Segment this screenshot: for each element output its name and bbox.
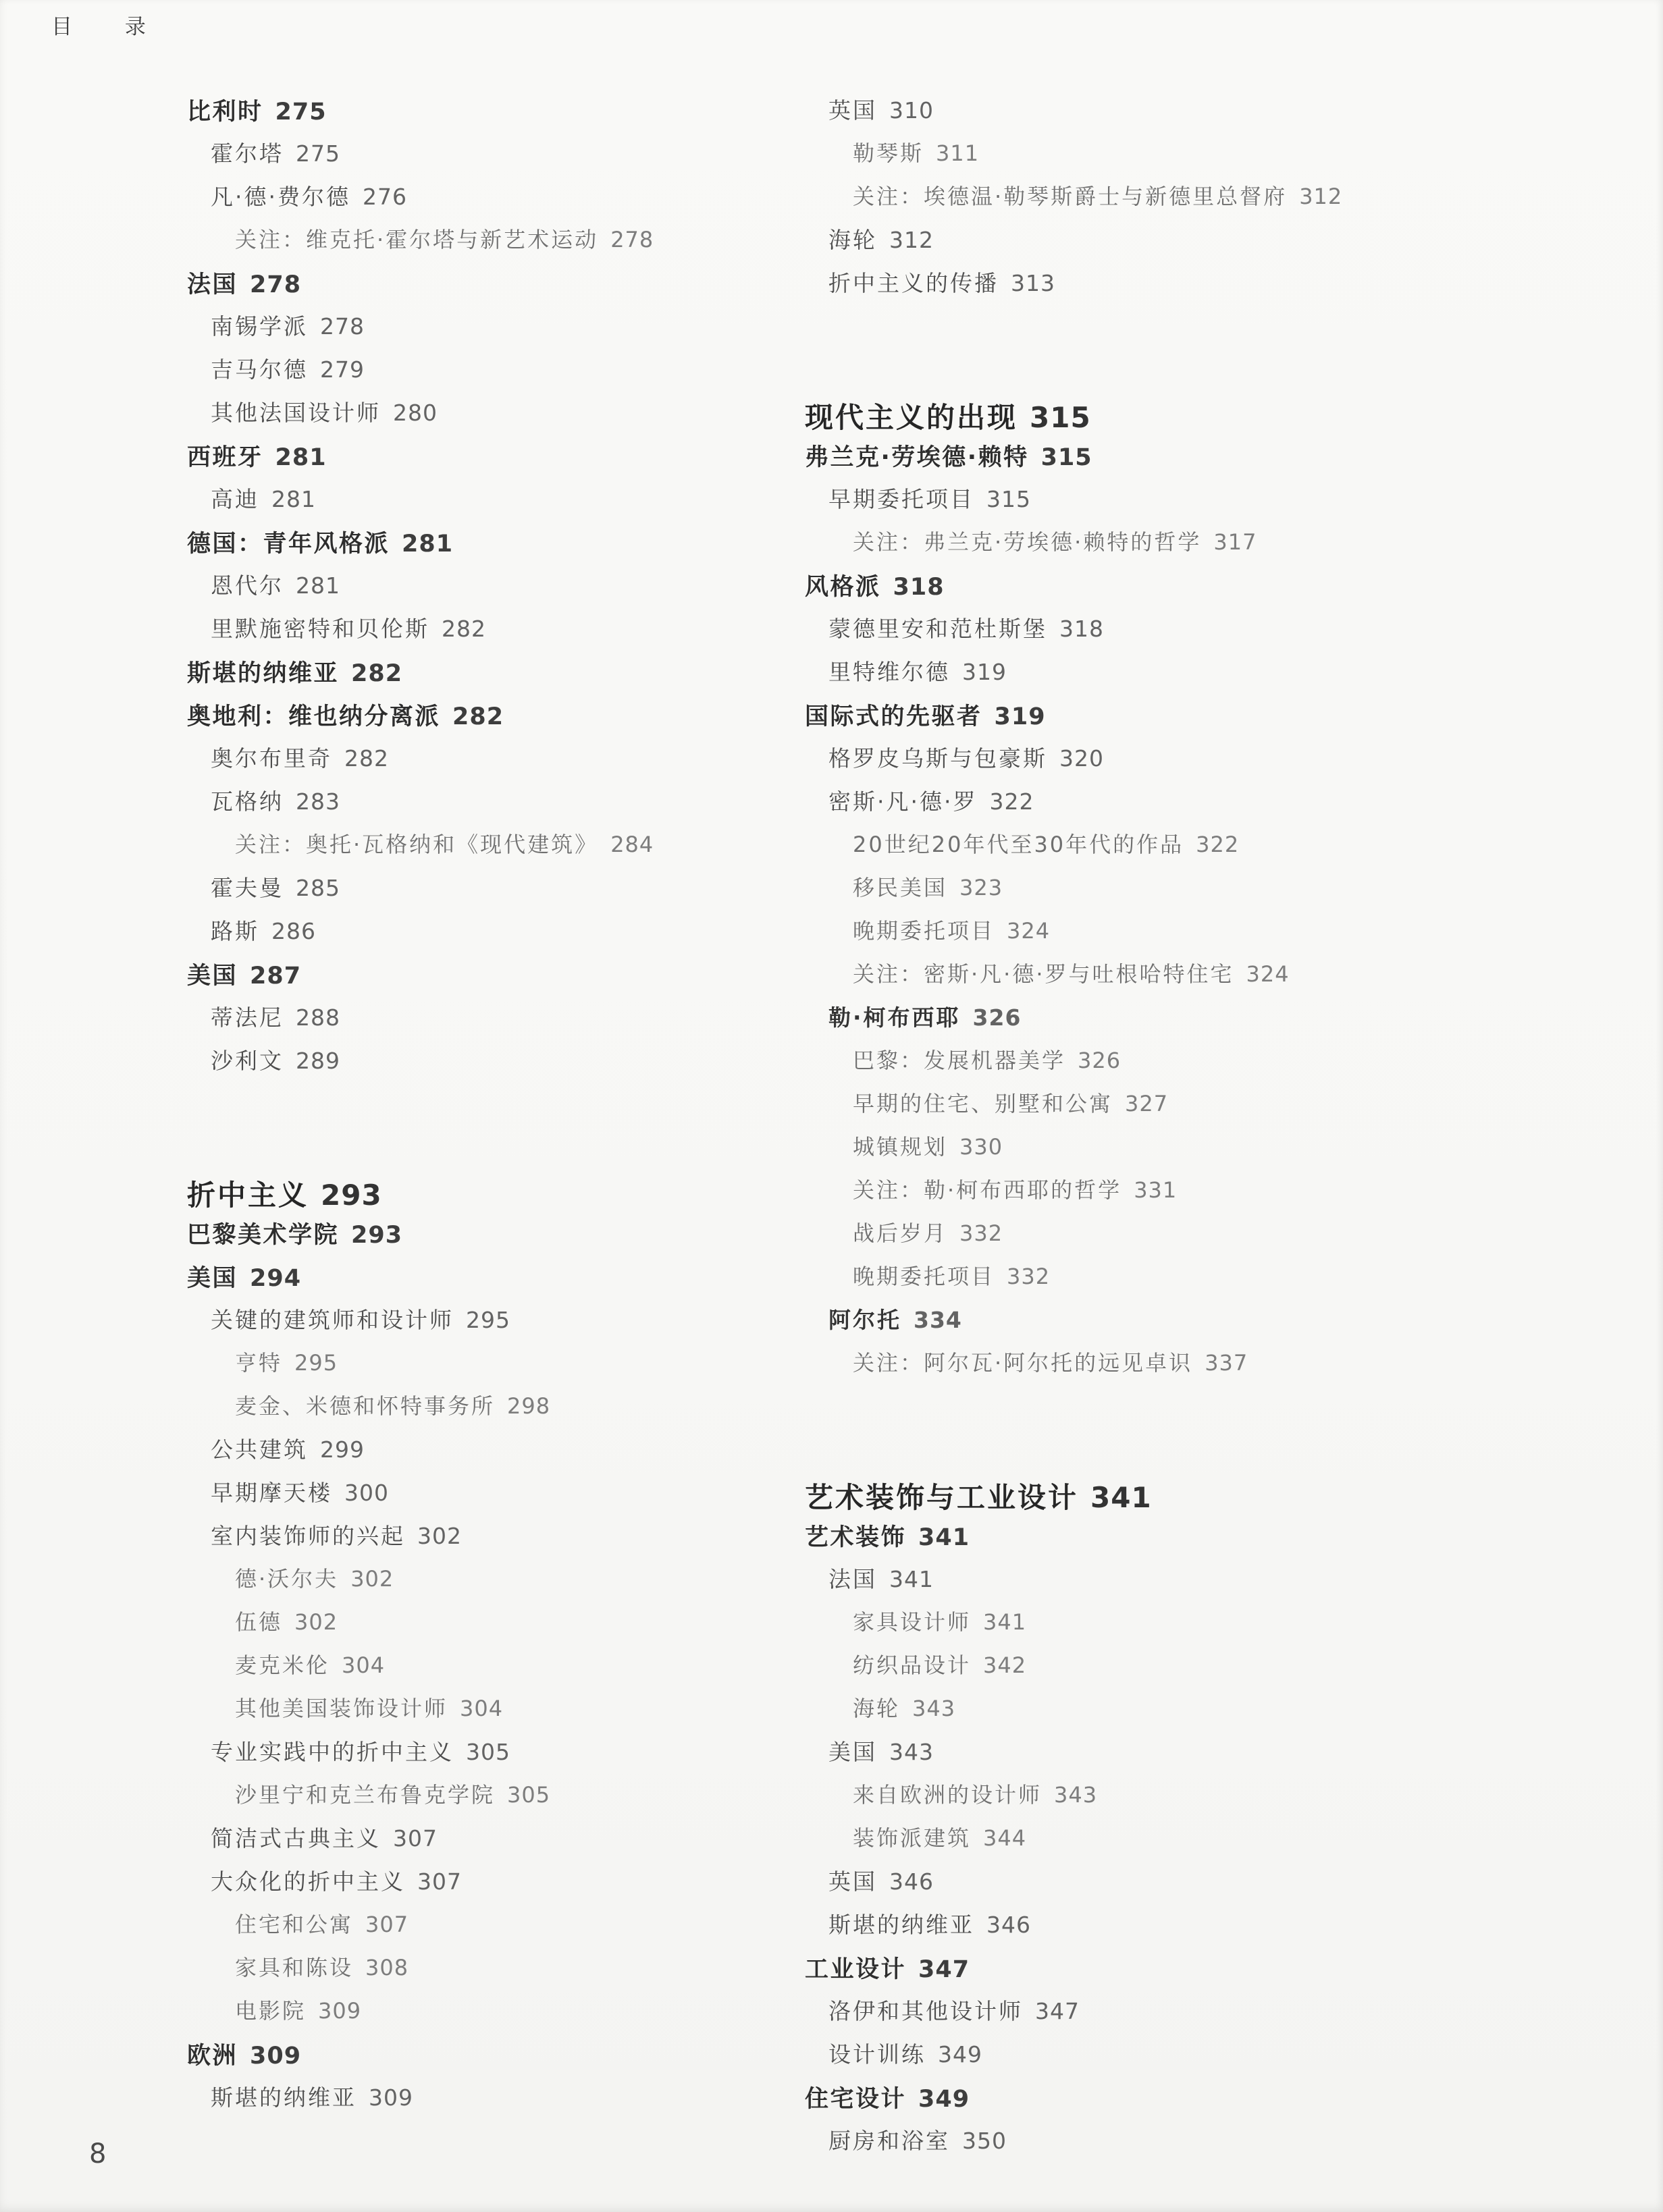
- toc-entry-page: 318: [1059, 616, 1104, 642]
- toc-entry-title: 勒·柯布西耶: [828, 1000, 961, 1032]
- toc-entry-page: 350: [962, 2128, 1007, 2154]
- toc-entry-title: 家具设计师: [853, 1605, 971, 1636]
- toc-entry: 海轮312: [805, 223, 1413, 266]
- toc-entry-title: 巴黎美术学院: [187, 1216, 339, 1250]
- toc-entry: 麦克米伦304: [187, 1648, 795, 1692]
- toc-entry-page: 281: [271, 486, 316, 512]
- toc-entry-page: 276: [363, 184, 407, 210]
- toc-entry: 斯堪的纳维亚309: [187, 2080, 795, 2124]
- toc-entry-title: 亨特: [235, 1346, 282, 1377]
- toc-entry: 移民美国323: [805, 871, 1413, 914]
- toc-entry-page: 278: [250, 271, 301, 298]
- toc-entry: 路斯286: [187, 914, 795, 957]
- toc-entry: 大众化的折中主义307: [187, 1864, 795, 1908]
- toc-entry-page: 332: [959, 1220, 1003, 1246]
- toc-entry-page: 275: [275, 99, 327, 126]
- toc-entry-title: 早期委托项目: [828, 482, 974, 514]
- toc-entry-title: 装饰派建筑: [853, 1821, 971, 1852]
- toc-entry-page: 282: [344, 745, 389, 772]
- toc-entry-page: 304: [342, 1652, 385, 1678]
- toc-entry-title: 艺术装饰与工业设计: [805, 1476, 1078, 1516]
- toc-entry-title: 其他法国设计师: [211, 396, 381, 427]
- toc-column-right: 英国310勒琴斯311关注：埃德温·勒琴斯爵士与新德里总督府312海轮312折中…: [805, 93, 1413, 2167]
- toc-entry-page: 309: [250, 2043, 301, 2070]
- toc-entry-title: 凡·德·费尔德: [211, 180, 350, 211]
- toc-entry-title: 晚期委托项目: [853, 1260, 995, 1291]
- toc-entry: 简洁式古典主义307: [187, 1821, 795, 1864]
- toc-entry-title: 折中主义的传播: [828, 266, 999, 298]
- toc-entry: 格罗皮乌斯与包豪斯320: [805, 741, 1413, 784]
- toc-entry-title: 厨房和浴室: [828, 2124, 950, 2155]
- toc-entry-page: 318: [893, 574, 945, 601]
- toc-entry-page: 312: [889, 227, 934, 253]
- toc-entry-title: 室内装饰师的兴起: [211, 1519, 405, 1550]
- toc-entry-title: 战后岁月: [853, 1216, 947, 1247]
- toc-entry-page: 334: [914, 1307, 962, 1333]
- toc-entry-title: 早期的住宅、别墅和公寓: [853, 1087, 1113, 1118]
- toc-entry-title: 关注：密斯·凡·德·罗与吐根哈特住宅: [853, 957, 1234, 988]
- toc-entry-page: 330: [959, 1134, 1003, 1160]
- toc-entry-title: 欧洲: [187, 2037, 238, 2071]
- toc-column-left: 比利时275霍尔塔275凡·德·费尔德276关注：维克托·霍尔塔与新艺术运动27…: [187, 93, 795, 2124]
- toc-entry-title: 里特维尔德: [828, 655, 950, 686]
- toc-entry-title: 瓦格纳: [211, 784, 284, 816]
- toc-entry-page: 278: [610, 227, 654, 252]
- toc-entry-page: 320: [1059, 745, 1104, 772]
- toc-entry: 亨特295: [187, 1346, 795, 1389]
- toc-entry-page: 284: [610, 832, 654, 857]
- toc-entry: 关注：阿尔瓦·阿尔托的远见卓识337: [805, 1346, 1413, 1389]
- toc-entry-page: 310: [889, 97, 934, 124]
- toc-entry-title: 美国: [187, 957, 238, 991]
- toc-entry-title: 比利时: [187, 93, 263, 127]
- toc-entry-page: 349: [918, 2086, 970, 2113]
- toc-entry-title: 海轮: [853, 1692, 900, 1723]
- toc-entry: 比利时275: [187, 93, 795, 136]
- toc-entry-page: 302: [350, 1566, 394, 1592]
- toc-entry-page: 285: [296, 875, 340, 901]
- toc-entry-page: 337: [1205, 1350, 1248, 1376]
- toc-entry: 美国287: [187, 957, 795, 1000]
- toc-entry-title: 斯堪的纳维亚: [187, 655, 339, 689]
- toc-entry: 霍夫曼285: [187, 871, 795, 914]
- toc-entry: 专业实践中的折中主义305: [187, 1735, 795, 1778]
- toc-entry: 室内装饰师的兴起302: [187, 1519, 795, 1562]
- toc-entry-title: 美国: [828, 1735, 877, 1766]
- toc-entry-title: 麦金、米德和怀特事务所: [235, 1389, 495, 1420]
- toc-entry-page: 319: [995, 703, 1046, 730]
- toc-entry-page: 302: [294, 1609, 338, 1635]
- toc-entry-title: 麦克米伦: [235, 1648, 329, 1679]
- toc-entry-page: 294: [250, 1265, 301, 1292]
- toc-entry: 关注：弗兰克·劳埃德·赖特的哲学317: [805, 525, 1413, 568]
- toc-entry: 现代主义的出现315: [805, 396, 1413, 439]
- toc-entry-title: 奥地利：维也纳分离派: [187, 698, 440, 732]
- toc-entry-page: 282: [351, 660, 402, 687]
- toc-entry-page: 282: [442, 616, 486, 642]
- toc-entry-title: 专业实践中的折中主义: [211, 1735, 454, 1766]
- toc-entry-title: 法国: [828, 1562, 877, 1594]
- toc-entry-title: 简洁式古典主义: [211, 1821, 381, 1853]
- toc-entry: 风格派318: [805, 568, 1413, 612]
- toc-entry-page: 286: [271, 918, 316, 944]
- toc-entry-page: 349: [938, 2041, 982, 2068]
- toc-entry: 英国310: [805, 93, 1413, 136]
- toc-entry-page: 311: [936, 140, 979, 166]
- toc-entry: 斯堪的纳维亚282: [187, 655, 795, 698]
- toc-entry-title: 恩代尔: [211, 568, 284, 600]
- toc-entry: 艺术装饰与工业设计341: [805, 1476, 1413, 1519]
- toc-entry-page: 287: [250, 963, 301, 990]
- toc-entry-page: 343: [1054, 1782, 1097, 1808]
- toc-entry: 美国343: [805, 1735, 1413, 1778]
- toc-entry: 奥尔布里奇282: [187, 741, 795, 784]
- toc-entry-title: 20世纪20年代至30年代的作品: [853, 828, 1184, 859]
- toc-entry-page: 326: [973, 1004, 1022, 1031]
- toc-entry: 公共建筑299: [187, 1432, 795, 1476]
- toc-entry: 法国278: [187, 266, 795, 309]
- toc-entry-page: 322: [989, 788, 1034, 815]
- toc-entry-title: 美国: [187, 1260, 238, 1293]
- toc-entry-title: 工业设计: [805, 1951, 906, 1985]
- toc-entry-page: 299: [320, 1436, 365, 1463]
- toc-entry-title: 关键的建筑师和设计师: [211, 1303, 454, 1334]
- toc-entry-title: 洛伊和其他设计师: [828, 1994, 1023, 2026]
- toc-entry-title: 城镇规划: [853, 1130, 947, 1161]
- toc-entry-page: 293: [351, 1222, 402, 1249]
- toc-entry-page: 344: [983, 1825, 1026, 1851]
- toc-entry: 德·沃尔夫302: [187, 1562, 795, 1605]
- toc-entry: 弗兰克·劳埃德·赖特315: [805, 439, 1413, 482]
- toc-entry: 折中主义的传播313: [805, 266, 1413, 309]
- toc-entry: 其他法国设计师280: [187, 396, 795, 439]
- toc-entry-title: 移民美国: [853, 871, 947, 902]
- toc-entry-title: 电影院: [235, 1994, 306, 2025]
- toc-entry: 里默施密特和贝伦斯282: [187, 612, 795, 655]
- toc-entry-title: 设计训练: [828, 2037, 926, 2069]
- toc-entry-title: 霍尔塔: [211, 136, 284, 168]
- toc-entry: 西班牙281: [187, 439, 795, 482]
- toc-entry: 其他美国装饰设计师304: [187, 1692, 795, 1735]
- toc-entry: 阿尔托334: [805, 1303, 1413, 1346]
- toc-entry: 高迪281: [187, 482, 795, 525]
- toc-entry-title: 吉马尔德: [211, 352, 308, 384]
- toc-entry-title: 斯堪的纳维亚: [828, 1908, 974, 1939]
- toc-entry: 沙里宁和克兰布鲁克学院305: [187, 1778, 795, 1821]
- toc-entry: 麦金、米德和怀特事务所298: [187, 1389, 795, 1432]
- toc-entry-title: 高迪: [211, 482, 259, 514]
- toc-entry-title: 德·沃尔夫: [235, 1562, 338, 1593]
- toc-entry: 海轮343: [805, 1692, 1413, 1735]
- toc-entry: 沙利文289: [187, 1044, 795, 1087]
- toc-entry-page: 305: [507, 1782, 550, 1808]
- toc-entry: 吉马尔德279: [187, 352, 795, 396]
- toc-entry: 关注：密斯·凡·德·罗与吐根哈特住宅324: [805, 957, 1413, 1000]
- toc-entry-page: 307: [365, 1912, 408, 1937]
- toc-entry: 蒙德里安和范杜斯堡318: [805, 612, 1413, 655]
- toc-entry-page: 309: [318, 1998, 361, 2024]
- toc-entry-title: 巴黎：发展机器美学: [853, 1044, 1065, 1075]
- toc-entry-title: 勒琴斯: [853, 136, 924, 167]
- toc-entry-page: 323: [959, 875, 1003, 900]
- toc-entry-title: 伍德: [235, 1605, 282, 1636]
- toc-entry-page: 317: [1213, 529, 1257, 555]
- toc-entry-page: 304: [460, 1696, 503, 1721]
- toc-entry: 厨房和浴室350: [805, 2124, 1413, 2167]
- toc-entry-title: 关注：埃德温·勒琴斯爵士与新德里总督府: [853, 180, 1287, 211]
- toc-entry-title: 现代主义的出现: [805, 396, 1018, 436]
- toc-entry-page: 319: [962, 659, 1007, 685]
- toc-entry-page: 288: [296, 1004, 340, 1031]
- toc-entry-title: 路斯: [211, 914, 259, 946]
- toc-entry-page: 313: [1011, 270, 1055, 296]
- toc-entry: 战后岁月332: [805, 1216, 1413, 1260]
- toc-entry-page: 275: [296, 140, 340, 167]
- toc-entry-title: 早期摩天楼: [211, 1476, 332, 1507]
- page-number: 8: [89, 2138, 106, 2169]
- toc-entry: 纺织品设计342: [805, 1648, 1413, 1692]
- toc-entry-title: 关注：阿尔瓦·阿尔托的远见卓识: [853, 1346, 1192, 1377]
- toc-entry-title: 法国: [187, 266, 238, 300]
- toc-entry-title: 密斯·凡·德·罗: [828, 784, 977, 816]
- toc-entry-page: 309: [369, 2084, 413, 2111]
- toc-entry-page: 341: [983, 1609, 1026, 1635]
- toc-entry: 晚期委托项目324: [805, 914, 1413, 957]
- toc-entry: 早期摩天楼300: [187, 1476, 795, 1519]
- toc-entry-page: 315: [986, 486, 1031, 512]
- toc-entry-title: 公共建筑: [211, 1432, 308, 1464]
- toc-entry-page: 283: [296, 788, 340, 815]
- toc-entry: 蒂法尼288: [187, 1000, 795, 1044]
- toc-entry-page: 347: [918, 1956, 970, 1983]
- toc-entry: 英国346: [805, 1864, 1413, 1908]
- toc-entry-title: 南锡学派: [211, 309, 308, 341]
- toc-entry: 凡·德·费尔德276: [187, 180, 795, 223]
- toc-entry: 电影院309: [187, 1994, 795, 2037]
- toc-entry-title: 晚期委托项目: [853, 914, 995, 945]
- toc-entry-page: 281: [402, 531, 453, 558]
- toc-entry: 里特维尔德319: [805, 655, 1413, 698]
- toc-entry-page: 341: [1090, 1481, 1152, 1514]
- toc-entry: 设计训练349: [805, 2037, 1413, 2080]
- toc-entry: 来自欧洲的设计师343: [805, 1778, 1413, 1821]
- toc-entry-page: 331: [1134, 1177, 1177, 1203]
- toc-entry-title: 英国: [828, 93, 877, 125]
- toc-entry: 20世纪20年代至30年代的作品322: [805, 828, 1413, 871]
- toc-entry-title: 斯堪的纳维亚: [211, 2080, 357, 2112]
- toc-entry-title: 纺织品设计: [853, 1648, 971, 1679]
- toc-entry-page: 308: [365, 1955, 408, 1980]
- toc-entry-title: 阿尔托: [828, 1303, 901, 1334]
- toc-entry: 家具设计师341: [805, 1605, 1413, 1648]
- toc-entry: 瓦格纳283: [187, 784, 795, 828]
- toc-entry-title: 家具和陈设: [235, 1951, 353, 1982]
- toc-entry-page: 341: [918, 1524, 970, 1551]
- toc-entry-title: 蒂法尼: [211, 1000, 284, 1032]
- toc-entry-page: 278: [320, 313, 365, 340]
- toc-entry: 欧洲309: [187, 2037, 795, 2080]
- toc-entry-title: 折中主义: [187, 1173, 309, 1214]
- toc-entry-page: 293: [321, 1179, 382, 1212]
- toc-entry: 德国：青年风格派281: [187, 525, 795, 568]
- toc-entry: 勒琴斯311: [805, 136, 1413, 180]
- toc-entry: 奥地利：维也纳分离派282: [187, 698, 795, 741]
- toc-entry-page: 346: [986, 1912, 1031, 1938]
- toc-entry: 家具和陈设308: [187, 1951, 795, 1994]
- toc-entry-page: 295: [294, 1350, 338, 1376]
- toc-entry-title: 格罗皮乌斯与包豪斯: [828, 741, 1047, 773]
- toc-entry: 关注：奥托·瓦格纳和《现代建筑》284: [187, 828, 795, 871]
- toc-entry: 装饰派建筑344: [805, 1821, 1413, 1864]
- toc-entry-title: 弗兰克·劳埃德·赖特: [805, 439, 1029, 473]
- toc-entry-page: 324: [1246, 961, 1290, 987]
- toc-entry-title: 沙里宁和克兰布鲁克学院: [235, 1778, 495, 1809]
- toc-entry: 工业设计347: [805, 1951, 1413, 1994]
- toc-entry: 伍德302: [187, 1605, 795, 1648]
- toc-entry: 密斯·凡·德·罗322: [805, 784, 1413, 828]
- toc-entry-page: 343: [912, 1696, 955, 1721]
- toc-entry-page: 343: [889, 1739, 934, 1765]
- toc-entry-page: 295: [466, 1307, 510, 1333]
- toc-entry: 住宅设计349: [805, 2080, 1413, 2124]
- toc-entry: 勒·柯布西耶326: [805, 1000, 1413, 1044]
- toc-entry: 住宅和公寓307: [187, 1908, 795, 1951]
- toc-entry-title: 关注：勒·柯布西耶的哲学: [853, 1173, 1121, 1204]
- toc-entry: 关注：勒·柯布西耶的哲学331: [805, 1173, 1413, 1216]
- toc-entry-title: 关注：弗兰克·劳埃德·赖特的哲学: [853, 525, 1201, 556]
- toc-entry: 法国341: [805, 1562, 1413, 1605]
- toc-entry-title: 西班牙: [187, 439, 263, 473]
- toc-entry-title: 里默施密特和贝伦斯: [211, 612, 429, 643]
- toc-entry-page: 298: [507, 1393, 550, 1419]
- toc-entry: 折中主义293: [187, 1173, 795, 1216]
- toc-entry-page: 302: [417, 1523, 462, 1549]
- toc-entry-title: 艺术装饰: [805, 1519, 906, 1553]
- toc-entry-page: 281: [275, 444, 327, 471]
- toc-entry-title: 沙利文: [211, 1044, 284, 1075]
- toc-entry-page: 312: [1299, 184, 1342, 209]
- toc-entry-title: 德国：青年风格派: [187, 525, 390, 559]
- toc-entry: 南锡学派278: [187, 309, 795, 352]
- toc-entry: 晚期委托项目332: [805, 1260, 1413, 1303]
- toc-entry-title: 霍夫曼: [211, 871, 284, 902]
- toc-entry-page: 289: [296, 1048, 340, 1074]
- toc-entry: 霍尔塔275: [187, 136, 795, 180]
- toc-entry-page: 300: [344, 1480, 389, 1506]
- toc-entry-title: 海轮: [828, 223, 877, 254]
- toc-entry-title: 住宅和公寓: [235, 1908, 353, 1939]
- toc-entry-page: 322: [1196, 832, 1239, 857]
- toc-entry: 艺术装饰341: [805, 1519, 1413, 1562]
- toc-entry: 早期的住宅、别墅和公寓327: [805, 1087, 1413, 1130]
- toc-entry: 关键的建筑师和设计师295: [187, 1303, 795, 1346]
- toc-entry-page: 280: [393, 400, 438, 426]
- toc-entry-page: 315: [1041, 444, 1092, 471]
- toc-entry: 洛伊和其他设计师347: [805, 1994, 1413, 2037]
- toc-entry-page: 305: [466, 1739, 510, 1765]
- toc-entry-page: 307: [393, 1825, 438, 1852]
- toc-entry: 国际式的先驱者319: [805, 698, 1413, 741]
- toc-entry-title: 来自欧洲的设计师: [853, 1778, 1042, 1809]
- toc-entry-title: 国际式的先驱者: [805, 698, 982, 732]
- toc-entry-page: 342: [983, 1652, 1026, 1678]
- toc-entry-page: 327: [1125, 1091, 1168, 1116]
- toc-entry: 巴黎：发展机器美学326: [805, 1044, 1413, 1087]
- toc-entry-title: 大众化的折中主义: [211, 1864, 405, 1896]
- toc-entry-page: 326: [1078, 1048, 1121, 1073]
- page-title: 目 录: [51, 9, 169, 40]
- toc-entry-page: 324: [1007, 918, 1050, 944]
- toc-entry-title: 住宅设计: [805, 2080, 906, 2114]
- toc-entry-page: 315: [1030, 401, 1091, 434]
- toc-entry-title: 关注：奥托·瓦格纳和《现代建筑》: [235, 828, 598, 859]
- toc-entry-title: 奥尔布里奇: [211, 741, 332, 773]
- toc-entry-page: 279: [320, 356, 365, 383]
- toc-page: 目 录 比利时275霍尔塔275凡·德·费尔德276关注：维克托·霍尔塔与新艺术…: [0, 0, 1663, 2212]
- toc-entry: 城镇规划330: [805, 1130, 1413, 1173]
- toc-entry-page: 346: [889, 1868, 934, 1895]
- toc-entry-page: 282: [452, 703, 504, 730]
- toc-entry: 关注：维克托·霍尔塔与新艺术运动278: [187, 223, 795, 266]
- toc-entry: 巴黎美术学院293: [187, 1216, 795, 1260]
- toc-entry-page: 307: [417, 1868, 462, 1895]
- toc-entry: 早期委托项目315: [805, 482, 1413, 525]
- toc-entry-title: 英国: [828, 1864, 877, 1896]
- toc-entry: 关注：埃德温·勒琴斯爵士与新德里总督府312: [805, 180, 1413, 223]
- toc-entry-title: 其他美国装饰设计师: [235, 1692, 448, 1723]
- toc-entry-title: 风格派: [805, 568, 881, 602]
- toc-entry: 斯堪的纳维亚346: [805, 1908, 1413, 1951]
- toc-entry-page: 341: [889, 1566, 934, 1592]
- toc-entry-page: 332: [1007, 1264, 1050, 1289]
- toc-entry: 恩代尔281: [187, 568, 795, 612]
- toc-entry-title: 关注：维克托·霍尔塔与新艺术运动: [235, 223, 598, 254]
- toc-entry-page: 281: [296, 572, 340, 599]
- toc-entry-page: 347: [1035, 1998, 1080, 2024]
- toc-entry: 美国294: [187, 1260, 795, 1303]
- toc-entry-title: 蒙德里安和范杜斯堡: [828, 612, 1047, 643]
